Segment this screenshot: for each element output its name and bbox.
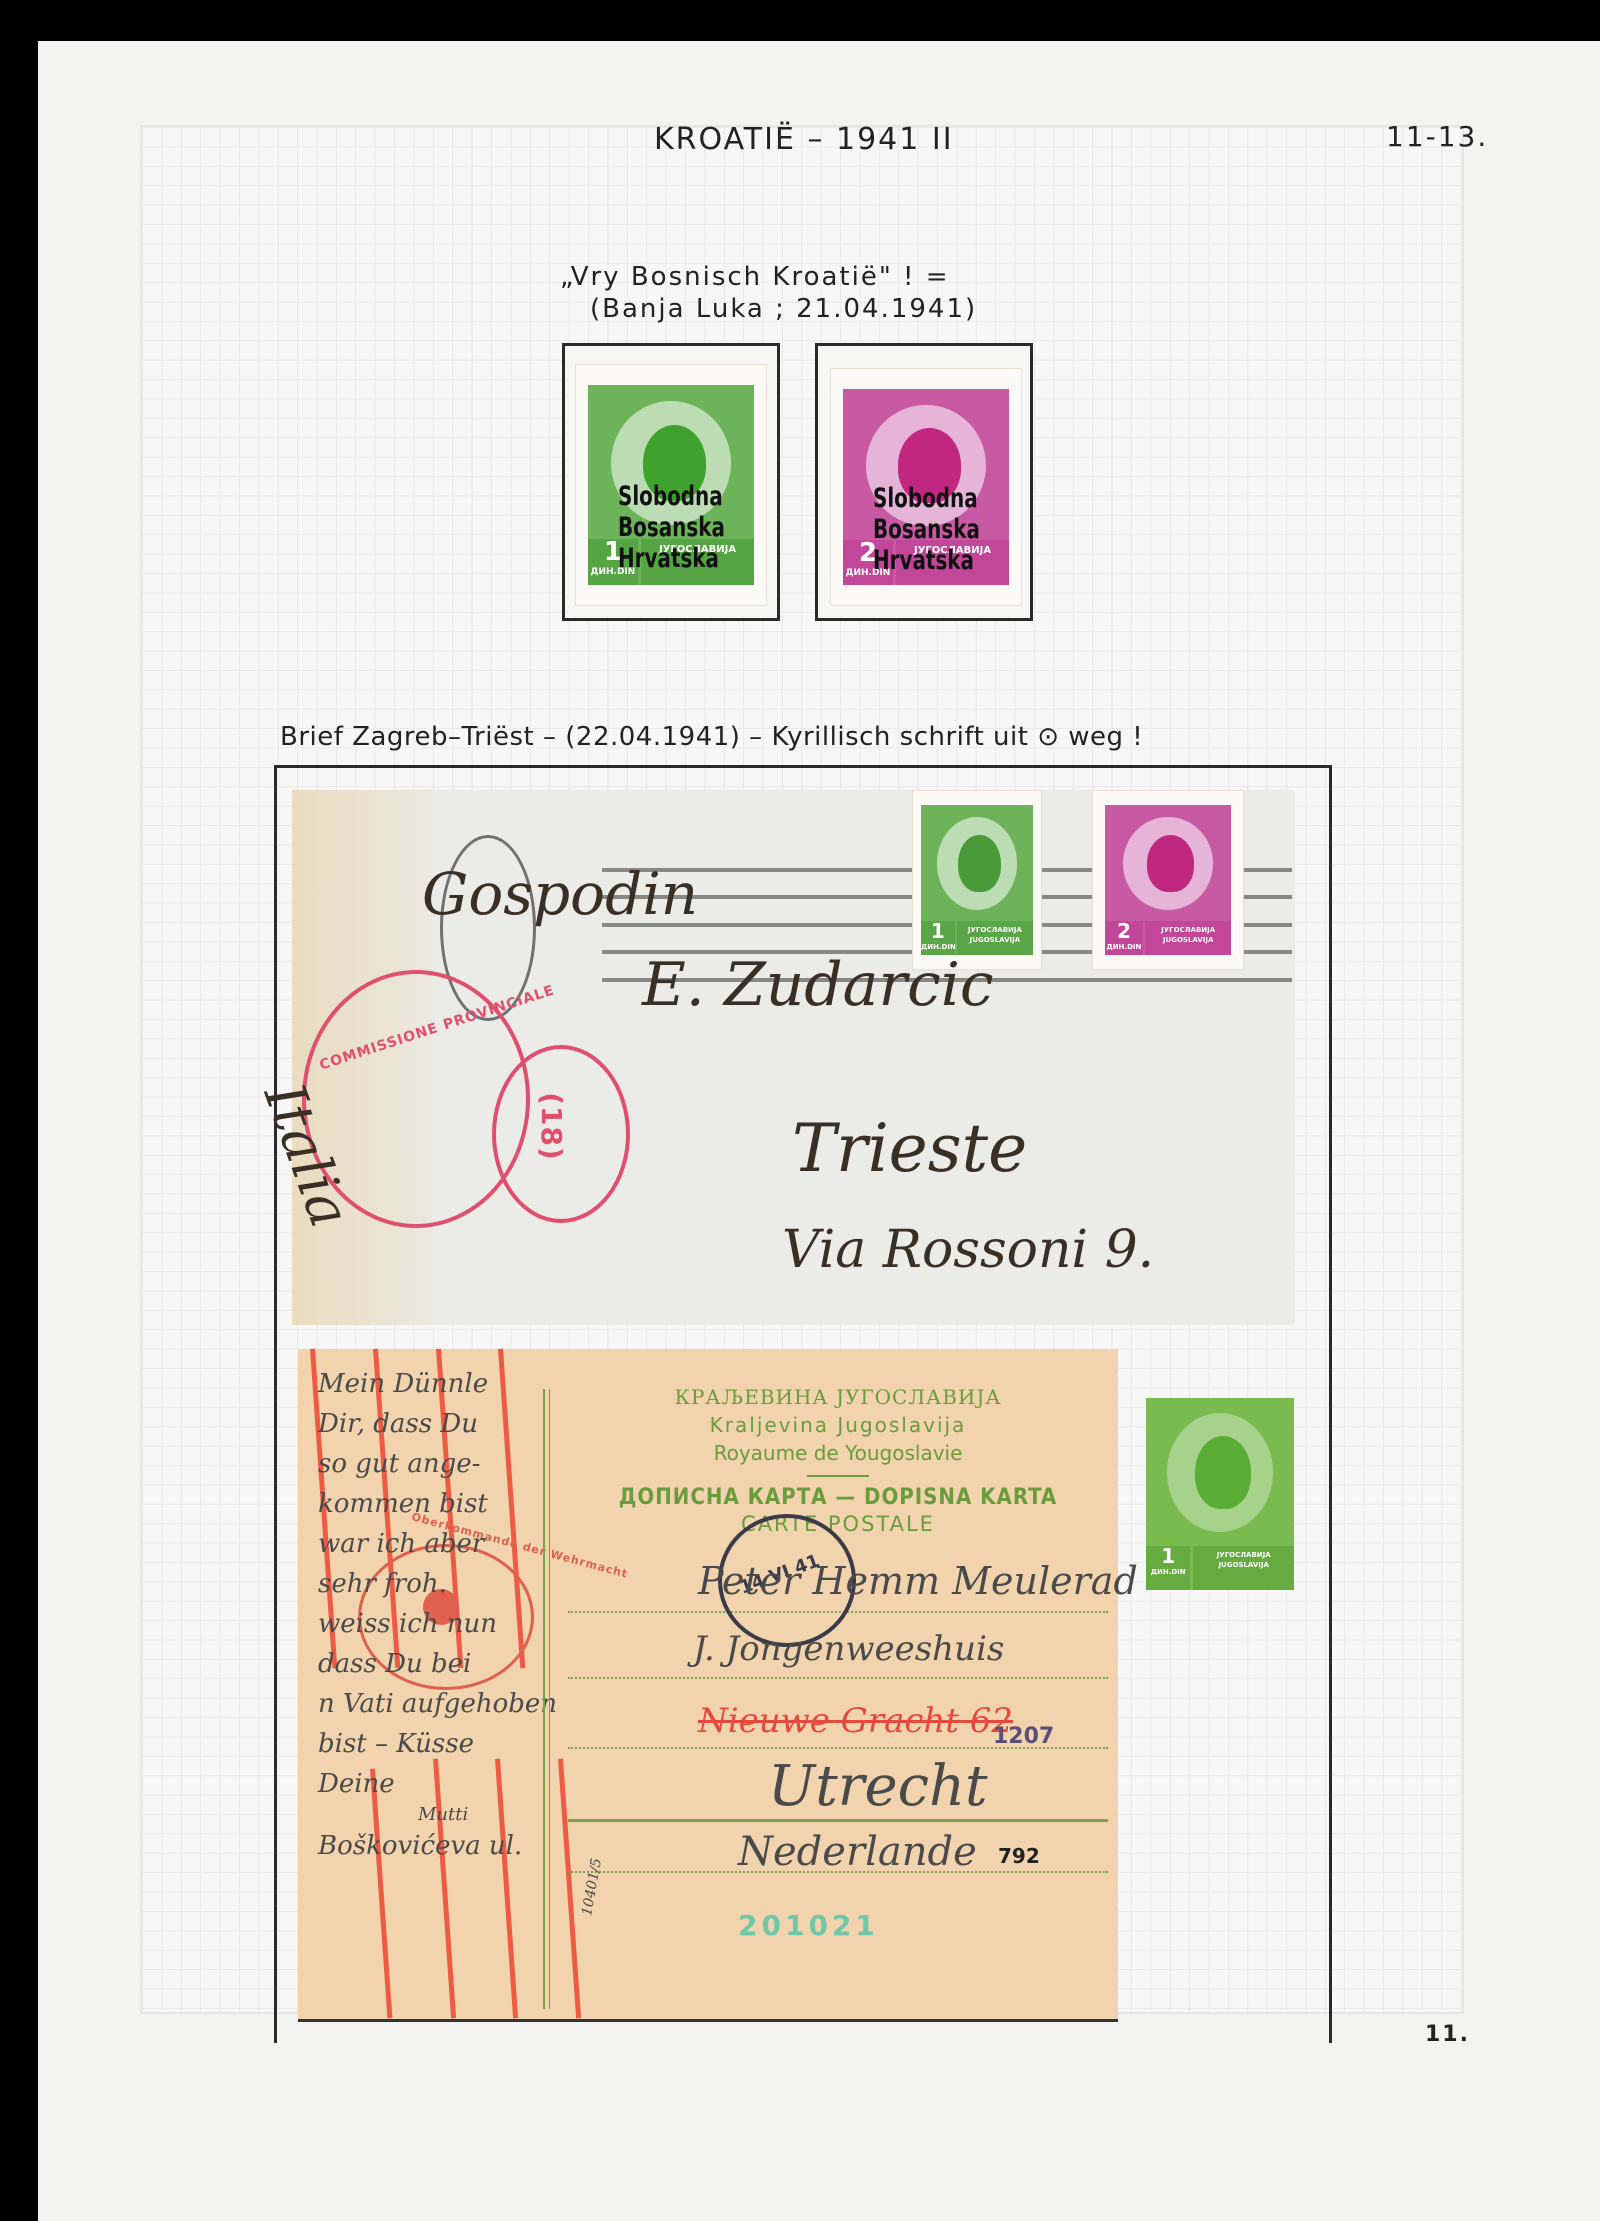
page-title: KROATIË – 1941 II xyxy=(654,122,954,157)
address-line-2: E. Zudarcic xyxy=(642,950,994,1020)
king-portrait-icon xyxy=(1195,1436,1251,1509)
pencil-mark: 10401/5 xyxy=(579,1857,605,1917)
postcard-header: КРАЉЕВИНА ЈУГОСЛАВИЈА Kraljevina Jugosla… xyxy=(558,1385,1118,1536)
section2-note: Brief Zagreb–Triëst – (22.04.1941) – Kyr… xyxy=(280,722,1143,752)
card-address-4: Utrecht xyxy=(768,1754,988,1819)
number-stamp-792: 792 xyxy=(998,1844,1040,1868)
stamp-mount-2[interactable]: 2 ДИН.DIN ЈУГОСЛАВИЈА Slobodna Bosanska … xyxy=(815,343,1033,621)
cover-stamp-1[interactable]: 1ДИН.DIN ЈУГОСЛАВИЈАJUGOSLAVIJA xyxy=(912,790,1042,970)
card-address-3: Nieuwe Gracht 62 xyxy=(698,1701,1013,1741)
stamp-mount-1[interactable]: 1 ДИН.DIN ЈУГОСЛАВИЈА Slobodna Bosanska … xyxy=(562,343,780,621)
stamp-1-design: 1 ДИН.DIN ЈУГОСЛАВИЈА Slobodna Bosanska … xyxy=(588,385,754,585)
page-number: 11-13. xyxy=(1386,120,1488,153)
stamp-1[interactable]: 1 ДИН.DIN ЈУГОСЛАВИЈА Slobodna Bosanska … xyxy=(575,364,767,606)
footer-mark: 11. xyxy=(1425,2022,1470,2047)
postcard-imprinted-stamp: 1ДИН.DIN ЈУГОСЛАВИЈАJUGOSLAVIJA xyxy=(1146,1398,1294,1590)
king-portrait-icon xyxy=(958,835,1001,892)
cover-stamp-2[interactable]: 2ДИН.DIN ЈУГОСЛАВИЈАJUGOSLAVIJA xyxy=(1092,790,1244,970)
card-address-1: Peter Hemm Meulerad xyxy=(698,1559,1138,1603)
stamp-2-design: 2 ДИН.DIN ЈУГОСЛАВИЈА Slobodna Bosanska … xyxy=(843,389,1009,585)
section1-note-line2: (Banja Luka ; 21.04.1941) xyxy=(590,294,977,324)
cover-letter[interactable]: COMMISSIONE PROVINCIALE (18) 1ДИН.DIN ЈУ… xyxy=(292,790,1295,1325)
address-line-4: Via Rossoni 9. xyxy=(782,1220,1154,1280)
address-line-1: Gospodin xyxy=(422,860,698,928)
address-line-3: Trieste xyxy=(792,1110,1027,1187)
king-portrait-icon xyxy=(1147,835,1195,892)
number-stamp-serial: 201021 xyxy=(738,1909,879,1942)
stamp-1-overprint: Slobodna Bosanska Hrvatska xyxy=(618,481,725,574)
postcard[interactable]: Oberkommando der Wehrmacht Mein Dünnle D… xyxy=(298,1349,1118,2022)
section1-note-line1: „Vry Bosnisch Kroatië" ! = xyxy=(560,262,950,292)
message-text: Mein Dünnle Dir, dass Du so gut ange- ko… xyxy=(318,1364,557,1866)
card-address-5: Nederlande xyxy=(738,1829,977,1875)
number-stamp-1207: 1207 xyxy=(993,1724,1054,1749)
censor-number: (18) xyxy=(535,1092,568,1161)
stamp-2[interactable]: 2 ДИН.DIN ЈУГОСЛАВИЈА Slobodna Bosanska … xyxy=(830,368,1022,606)
stamp-2-overprint: Slobodna Bosanska Hrvatska xyxy=(873,483,980,576)
card-address-2: J. Jongenweeshuis xyxy=(693,1629,1004,1669)
